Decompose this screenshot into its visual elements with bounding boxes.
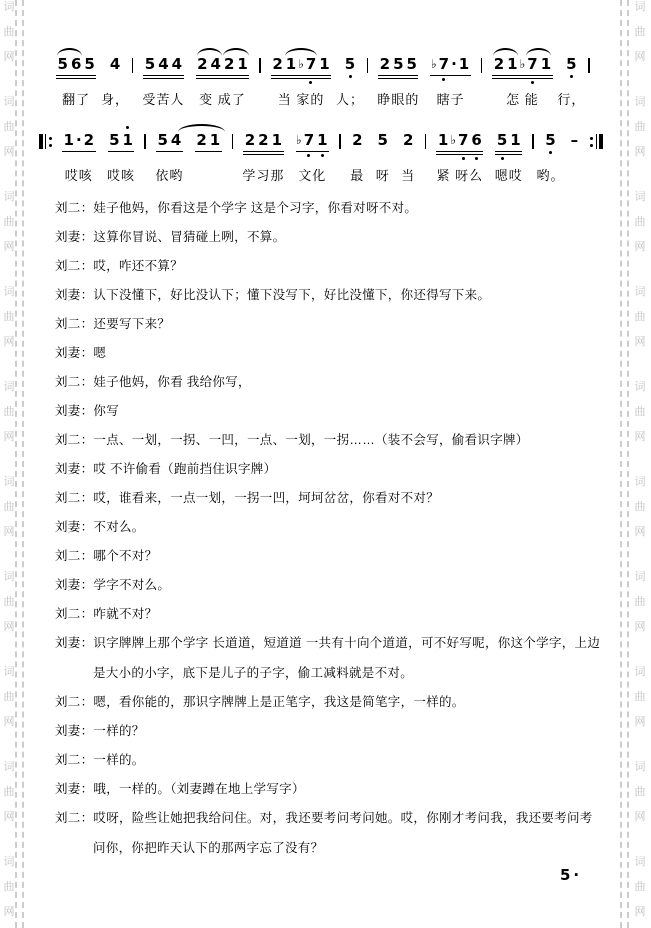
nrow: – (569, 132, 580, 149)
lyric: 当 (401, 165, 415, 184)
low-octave-dot (501, 157, 504, 160)
dialogue-text: 娃子他妈，你看这是个学字 这是个习字，你看对呀不对。 (93, 201, 417, 215)
note-digits: 2 (401, 132, 414, 149)
barline (532, 134, 534, 149)
watermark-text: 网 (633, 147, 647, 158)
note-digit: 1 (507, 56, 517, 73)
lyric: 嗯哎 (495, 165, 523, 184)
music-line: 1·2哎咳51哎咳54依哟21221学习那♭71文化2最5呀2当1♭76紧 呀么… (36, 132, 616, 184)
lyric: 当 家的 (278, 89, 325, 108)
note-digit: 2 (197, 56, 207, 73)
watermark-text: 词 (633, 192, 647, 203)
note-digits: 21 (195, 132, 222, 152)
note-digits: 4 (108, 56, 121, 73)
watermark-text: 曲 (633, 312, 647, 323)
dialogue-text: 哎，谁看来，一点一划，一拐一凹，坷坷岔岔，你看对不对？ (93, 491, 439, 505)
high-octave-dot (126, 126, 129, 129)
beam-underline (196, 78, 250, 80)
speaker-label: 刘二： (55, 433, 93, 447)
watermark-text: 网 (633, 432, 647, 443)
note-digit: 5 (545, 132, 555, 149)
note-digit: 2 (245, 132, 255, 149)
watermark-text: 曲 (633, 787, 647, 798)
watermark-text: 曲 (633, 217, 647, 228)
speaker-label: 刘二： (55, 491, 93, 505)
low-octave-dot (549, 151, 552, 154)
dialogue-entry: 刘二：哎呀，险些让她把我给问住。对，我还要考问考问她。哎，你刚才考问我，我还要考… (55, 803, 605, 863)
note-digit: 1 (210, 132, 220, 149)
beam-underline (492, 78, 552, 80)
beam-underline (56, 75, 96, 77)
note-digit: 7 (304, 132, 314, 149)
dialogue-entry: 刘妻：嗯 (55, 338, 605, 368)
beam-underline (108, 151, 135, 153)
watermark-text: 曲 (2, 692, 16, 703)
dialogue-text: 哎，咋还不算？ (93, 259, 183, 273)
watermark-text: 词 (633, 382, 647, 393)
nrow: 5 (343, 56, 356, 73)
note-digits: 1♭76 (436, 132, 483, 155)
low-octave-dot (309, 81, 312, 84)
nrow: ♭71 (296, 132, 330, 149)
dialogue-entry: 刘二：一样的。 (55, 745, 605, 775)
watermark-text: 词 (2, 97, 16, 108)
note-digit: – (571, 132, 579, 149)
nrow: 54 (156, 132, 183, 149)
note-digit: 4 (211, 56, 221, 73)
note-digit: 4 (171, 132, 181, 149)
low-octave-dot (531, 81, 534, 84)
note-group: 5行， (565, 56, 578, 108)
note-digit: 5 (157, 132, 167, 149)
slur-arc (223, 48, 249, 56)
note-digits: 21♭71 (271, 56, 331, 79)
watermark-text: 曲 (2, 27, 16, 38)
dialogue-text: 你写 (93, 404, 119, 418)
lyric: 翻了 (62, 89, 90, 108)
dialogue-text: 一样的？ (93, 724, 144, 738)
nrow: 2421 (196, 56, 250, 73)
lyric: 哎咳 (107, 165, 135, 184)
watermark-text: 词 (2, 382, 16, 393)
note-group: 5人； (343, 56, 356, 108)
note-group: 21♭71怎 能 (492, 56, 552, 108)
watermark-text: 词 (2, 2, 16, 13)
dialogue-entry: 刘妻：这算你冒说、冒猜碰上咧，不算。 (55, 222, 605, 252)
speaker-label: 刘妻： (55, 288, 93, 302)
note-digit: 4 (172, 56, 182, 73)
note-digit: 2 (84, 132, 94, 149)
watermark-text: 网 (633, 907, 647, 918)
watermark-text: 网 (633, 812, 647, 823)
note-group: ♭71文化 (296, 132, 330, 184)
speaker-label: 刘二： (55, 811, 93, 825)
watermark-text: 网 (633, 52, 647, 63)
note-digits: 5 (343, 56, 356, 73)
slur-arc (493, 48, 518, 56)
dialogue-text: 嗯 (93, 346, 106, 360)
lyric: 受苦人 (142, 89, 184, 108)
barline (367, 58, 369, 73)
dialogue-text: 学字不对么。 (93, 578, 170, 592)
nrow: 51 (495, 132, 522, 149)
nrow: ♭7·1 (430, 56, 470, 73)
note-digit: 5 (345, 56, 355, 73)
watermark-text: 网 (2, 147, 16, 158)
note-group: 51哎咳 (108, 132, 135, 184)
nrow: 544 (143, 56, 183, 73)
dialogue-entry: 刘二：嗯，看你能的，那识字牌牌上是正笔字，我这是简笔字，一样的。 (55, 687, 605, 717)
speaker-label: 刘二： (55, 607, 93, 621)
beam-underline (62, 151, 96, 153)
speaker-label: 刘二： (55, 375, 93, 389)
note-group: 5呀 (376, 132, 389, 184)
lyric: 紧 呀么 (437, 165, 484, 184)
watermark-text: 词 (633, 667, 647, 678)
watermark-text: 词 (633, 97, 647, 108)
note-digit: 1 (319, 56, 329, 73)
repeat-dots (590, 134, 593, 149)
note-group: 51嗯哎 (495, 132, 522, 184)
barline (588, 58, 590, 73)
dialogue-entry: 刘二：娃子他妈，你看 我给你写， (55, 367, 605, 397)
note-digit: 5 (407, 56, 417, 73)
beam-underline (436, 151, 483, 153)
nrow: 1·2 (62, 132, 96, 149)
dialogue-text: 咋就不对？ (93, 607, 157, 621)
dialogue-text: 一点、一划，一拐、一凹，一点、一划，一拐……（装不会写，偷看识字牌） (93, 433, 528, 447)
lyric: 怎 能 (506, 89, 539, 108)
flat-sign: ♭ (298, 56, 304, 73)
repeat-dots (49, 134, 52, 149)
barline (339, 134, 341, 149)
dialogue-text: 这算你冒说、冒猜碰上咧，不算。 (93, 230, 285, 244)
watermark-text: 词 (2, 572, 16, 583)
note-digit: 7 (306, 56, 316, 73)
speaker-label: 刘妻： (55, 578, 93, 592)
watermark-text: 曲 (633, 692, 647, 703)
dialogue-entry: 刘二：还要写下来？ (55, 309, 605, 339)
note-digits: 2421 (196, 56, 250, 79)
lyric: 学习那 (242, 165, 284, 184)
watermark-text: 词 (2, 667, 16, 678)
speaker-label: 刘妻： (55, 230, 93, 244)
dialogue-entry: 刘妻：认下没懂下，好比没认下；懂下没写下，好比没懂下，你还得写下来。 (55, 280, 605, 310)
barline-thick (39, 134, 43, 149)
note-digits: ♭71 (296, 132, 330, 152)
repeat-dot (590, 144, 593, 147)
note-digit: 2 (272, 56, 282, 73)
note-digit: 5 (58, 56, 68, 73)
note-digits: 5 (565, 56, 578, 73)
nrow: 4 (108, 56, 121, 73)
scanned-score-page: { "page": { "number": "5·", "watermark_t… (0, 0, 651, 928)
watermark-text: 网 (2, 242, 16, 253)
note-group: ♭7·1瞎子 (430, 56, 470, 108)
beam-underline (56, 78, 96, 80)
note-group: 544受苦人 (143, 56, 183, 108)
slur-arc (285, 48, 317, 56)
flat-sign: ♭ (431, 56, 437, 73)
watermark-text: 词 (2, 287, 16, 298)
beam-underline (143, 75, 183, 77)
watermark-text: 网 (2, 52, 16, 63)
note-group: 221学习那 (243, 132, 283, 184)
watermark-text: 词 (2, 477, 16, 488)
beam-underline (156, 151, 183, 153)
repeat-dot (49, 137, 52, 140)
nrow: 565 (56, 56, 96, 73)
speaker-label: 刘妻： (55, 782, 93, 796)
dialogue-entry: 刘妻：不对么。 (55, 512, 605, 542)
note-digit: 2 (258, 132, 268, 149)
barline-thin (45, 134, 47, 149)
note-digit: 7 (527, 56, 537, 73)
watermark-text: 网 (2, 432, 16, 443)
note-digit: 1 (510, 132, 520, 149)
speaker-label: 刘妻： (55, 636, 93, 650)
dialogue-entry: 刘妻：哦，一样的。（刘妻蹲在地上学写字） (55, 774, 605, 804)
nrow: 51 (108, 132, 135, 149)
note-digit: 5 (497, 132, 507, 149)
lyric: 哎咳 (65, 165, 93, 184)
lyric: 人； (336, 89, 364, 108)
watermark-text: 词 (633, 2, 647, 13)
dialogue-entry: 刘妻：一样的？ (55, 716, 605, 746)
note-digit: 6 (71, 56, 81, 73)
beam-underline (243, 151, 283, 153)
beam-underline (436, 154, 483, 156)
note-digit: 5 (566, 56, 576, 73)
note-digit: 1 (438, 132, 448, 149)
beam-underline (378, 78, 418, 80)
dialogue-entry: 刘妻：识字牌牌上那个学字 长道道，短道道 一共有十向个道道，可不好写呢，你这个学… (55, 628, 605, 688)
dialogue-text: 认下没懂下，好比没认下；懂下没写下，好比没懂下，你还得写下来。 (93, 288, 490, 302)
note-digit: 5 (145, 56, 155, 73)
barline-thin (596, 134, 598, 149)
beam-underline (296, 151, 330, 153)
watermark-text: 网 (2, 812, 16, 823)
watermark-text: 曲 (2, 597, 16, 608)
note-digit: 5 (109, 132, 119, 149)
dialogue-text: 一样的。 (93, 753, 144, 767)
note-group: 2当 (401, 132, 414, 184)
watermark-text: 词 (2, 762, 16, 773)
note-digits: 51 (495, 132, 522, 155)
note-digit: 5 (378, 132, 388, 149)
note-digits: ♭7·1 (430, 56, 470, 76)
note-digits: 21♭71 (492, 56, 552, 79)
note-group: 5哟。 (544, 132, 557, 184)
dialogue-entry: 刘二：咋就不对？ (55, 599, 605, 629)
beam-underline (143, 78, 183, 80)
note-digit: 6 (471, 132, 481, 149)
watermark-text: 曲 (2, 312, 16, 323)
watermark-text: 网 (2, 337, 16, 348)
note-digit: 2 (224, 56, 234, 73)
watermark-text: 网 (633, 622, 647, 633)
note-digit: 7 (458, 132, 468, 149)
nrow: 5 (376, 132, 389, 149)
watermark-text: 曲 (633, 27, 647, 38)
note-group: 2421变 成了 (196, 56, 250, 108)
speaker-label: 刘妻： (55, 462, 93, 476)
note-group: 255睁眼的 (378, 56, 418, 108)
barline (259, 58, 261, 73)
lyric: 哟。 (536, 165, 564, 184)
lyric: 呀 (376, 165, 390, 184)
watermark-text: 曲 (633, 122, 647, 133)
low-octave-dot (570, 75, 573, 78)
beam-underline (495, 154, 522, 156)
repeat-dot (590, 137, 593, 140)
watermark-text: 网 (2, 527, 16, 538)
note-digits: 5 (376, 132, 389, 149)
barline (132, 58, 134, 73)
watermark-text: 曲 (633, 502, 647, 513)
nrow: 2 (351, 132, 364, 149)
note-digits: 255 (378, 56, 418, 79)
watermark-text: 网 (633, 527, 647, 538)
nrow: 221 (243, 132, 283, 149)
note-group: 4身， (108, 56, 121, 108)
lyric: 身， (101, 89, 129, 108)
nrow: 5 (544, 132, 557, 149)
beam-underline (243, 154, 283, 156)
slur-arc (197, 48, 222, 56)
dialogue-block: 刘二：娃子他妈，你看这是个学字 这是个习字，你看对呀不对。刘妻：这算你冒说、冒猜… (55, 193, 605, 862)
barline (425, 134, 427, 149)
flat-sign: ♭ (450, 132, 456, 149)
speaker-label: 刘二： (55, 259, 93, 273)
watermark-text: 词 (633, 477, 647, 488)
note-digits: 51 (108, 132, 135, 152)
lyric: 睁眼的 (377, 89, 419, 108)
dialogue-entry: 刘妻：学字不对么。 (55, 570, 605, 600)
note-digit: 5 (84, 56, 94, 73)
dialogue-entry: 刘二：哎，咋还不算？ (55, 251, 605, 281)
note-digit: 1 (123, 132, 133, 149)
watermark-text: 曲 (633, 407, 647, 418)
note-digits: 5 (544, 132, 557, 149)
note-digit: 7 (439, 56, 449, 73)
dialogue-entry: 刘二：娃子他妈，你看这是个学字 这是个习字，你看对呀不对。 (55, 193, 605, 223)
note-digit: 4 (158, 56, 168, 73)
speaker-label: 刘妻： (55, 404, 93, 418)
note-digits: 54 (156, 132, 183, 152)
note-digits: 1·2 (62, 132, 96, 152)
note-digit: 2 (196, 132, 206, 149)
music-block: 565翻了4身，544受苦人2421变 成了21♭71当 家的5人；255睁眼的… (50, 56, 616, 184)
watermark-text: 词 (633, 857, 647, 868)
beam-underline (492, 75, 552, 77)
watermark-text: 曲 (633, 882, 647, 893)
nrow: 21♭71 (492, 56, 552, 73)
low-octave-dot (442, 78, 445, 81)
note-group: – (569, 132, 580, 184)
dialogue-entry: 刘二：哎，谁看来，一点一划，一拐一凹，坷坷岔岔，你看对不对？ (55, 483, 605, 513)
nrow: 5 (565, 56, 578, 73)
watermark-text: 曲 (2, 217, 16, 228)
beam-underline (378, 75, 418, 77)
repeat-begin-sign (38, 134, 54, 149)
dialogue-text: 娃子他妈，你看 我给你写， (93, 375, 250, 389)
watermark-text: 曲 (2, 122, 16, 133)
speaker-label: 刘妻： (55, 724, 93, 738)
page-number: 5· (560, 866, 582, 884)
nrow: 255 (378, 56, 418, 73)
dialogue-text: 哪个不对？ (93, 549, 157, 563)
note-group: 1♭76紧 呀么 (436, 132, 483, 184)
note-digit: 2 (380, 56, 390, 73)
nrow: 2 (401, 132, 414, 149)
note-digit: 2 (403, 132, 413, 149)
watermark-text: 词 (2, 192, 16, 203)
speaker-label: 刘二： (55, 549, 93, 563)
beam-underline (271, 75, 331, 77)
beam-underline (430, 75, 470, 77)
lyric: 依哟 (155, 165, 183, 184)
note-digit: 1 (541, 56, 551, 73)
low-octave-dot (321, 154, 324, 157)
lyric: 文化 (298, 165, 326, 184)
note-group: 2最 (351, 132, 364, 184)
lyric: 变 成了 (199, 89, 246, 108)
dialogue-text: 还要写下来？ (93, 317, 170, 331)
dialogue-text: 识字牌牌上那个学字 长道道，短道道 一共有十向个道道，可不好写呢，你这个学字，上… (93, 636, 600, 680)
barline (481, 58, 483, 73)
flat-sign: ♭ (520, 56, 526, 73)
watermark-text: 网 (2, 717, 16, 728)
barline (232, 134, 234, 149)
nrow: 21♭71 (271, 56, 331, 73)
watermark-text: 网 (2, 907, 16, 918)
note-digit: 2 (352, 132, 362, 149)
note-digits: – (569, 132, 580, 149)
low-octave-dot (462, 157, 465, 160)
speaker-label: 刘二： (55, 753, 93, 767)
watermark-text: 网 (633, 337, 647, 348)
note-group: 1·2哎咳 (62, 132, 96, 184)
beam-underline (195, 151, 222, 153)
dialogue-text: 哎 不许偷看（跑前挡住识字牌） (93, 462, 276, 476)
watermark-text: 曲 (2, 502, 16, 513)
note-digit: 4 (110, 56, 120, 73)
low-octave-dot (475, 157, 478, 160)
watermark-text: 词 (633, 287, 647, 298)
watermark-text: 曲 (2, 882, 16, 893)
note-group: 21♭71当 家的 (271, 56, 331, 108)
note-group: 54依哟 (156, 132, 183, 184)
lyric: 行， (557, 89, 585, 108)
right-dashed-rule-outer (627, 0, 629, 928)
dialogue-text: 不对么。 (93, 520, 144, 534)
speaker-label: 刘二： (55, 201, 93, 215)
note-digit: 1 (237, 56, 247, 73)
note-digits: 544 (143, 56, 183, 79)
beam-underline (271, 78, 331, 80)
watermark-text: 网 (633, 242, 647, 253)
note-group: 565翻了 (56, 56, 96, 108)
note-digits: 221 (243, 132, 283, 155)
speaker-label: 刘妻： (55, 520, 93, 534)
note-group: 21 (195, 132, 222, 184)
dialogue-entry: 刘妻：哎 不许偷看（跑前挡住识字牌） (55, 454, 605, 484)
watermark-text: 曲 (2, 407, 16, 418)
nrow: 21 (195, 132, 222, 149)
watermark-text: 网 (633, 717, 647, 728)
slur-arc (178, 124, 225, 132)
